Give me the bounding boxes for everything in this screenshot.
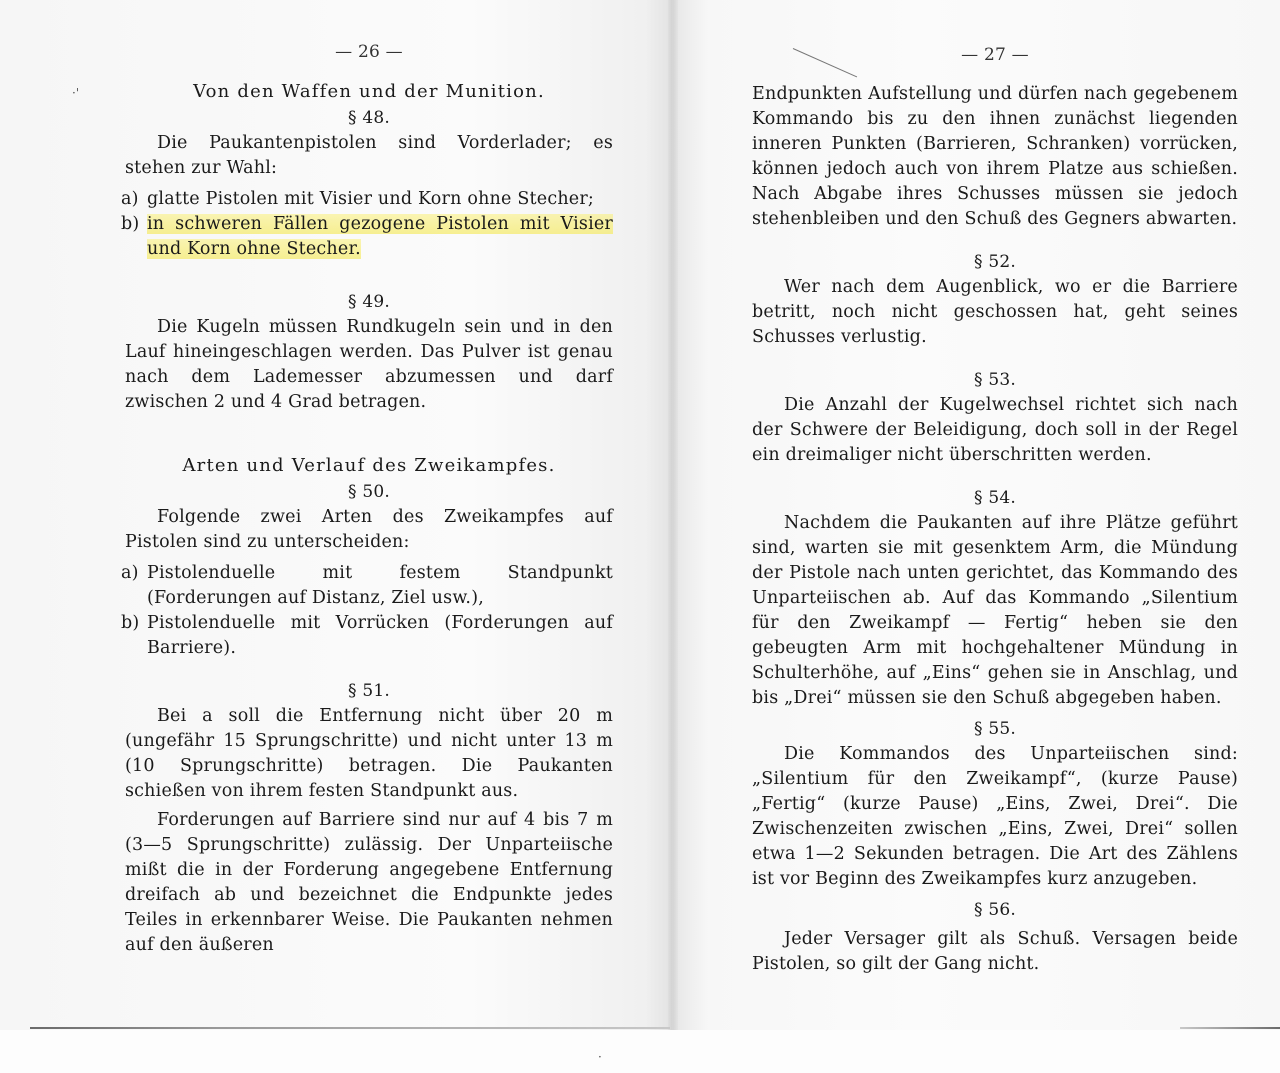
highlighted-text: in schweren Fällen gezogene Pistolen mit…	[147, 214, 613, 259]
paragraph-53-text: Die Anzahl der Kugelwechsel richtet sich…	[752, 393, 1238, 468]
page-bottom-edge-left	[30, 1027, 670, 1029]
paragraph-48-list: a) glatte Pistolen mit Visier und Korn o…	[125, 187, 613, 262]
paragraph-55-text: Die Kommandos des Unparteiischen sind: „…	[752, 742, 1238, 892]
list-marker: a)	[121, 187, 139, 212]
list-item-text: glatte Pistolen mit Visier und Korn ohne…	[147, 189, 594, 209]
paragraph-number-55: § 55.	[752, 717, 1238, 742]
paragraph-52-text: Wer nach dem Augenblick, wo er die Barri…	[752, 275, 1238, 350]
paragraph-number-54: § 54.	[752, 486, 1238, 511]
paragraph-50-list: a) Pistolenduelle mit festem Standpunkt …	[125, 561, 613, 661]
list-marker: a)	[121, 561, 139, 586]
left-page-text: — 26 — Von den Waffen und der Munition. …	[125, 40, 613, 958]
right-page-text: — 27 — Endpunkten Aufstellung und dürfen…	[752, 43, 1238, 977]
paragraph-number-48: § 48.	[125, 106, 613, 131]
paragraph-number-56: § 56.	[752, 898, 1238, 923]
page-number-26: — 26 —	[125, 40, 613, 65]
page-bottom-edge-right	[1180, 1027, 1280, 1029]
paragraph-number-52: § 52.	[752, 250, 1238, 275]
paragraph-number-51: § 51.	[125, 679, 613, 704]
continuation-text: Endpunkten Aufstellung und dürfen nach g…	[752, 82, 1238, 232]
paragraph-number-50: § 50.	[125, 480, 613, 505]
paragraph-51-text-2: Forderungen auf Barriere sind nur auf 4 …	[125, 808, 613, 958]
list-item-48b: b) in schweren Fällen gezogene Pistolen …	[121, 212, 613, 262]
paragraph-54-text: Nachdem die Paukanten auf ihre Plätze ge…	[752, 511, 1238, 711]
section-heading-types: Arten und Verlauf des Zweikampfes.	[125, 453, 613, 478]
paragraph-51-text-1: Bei a soll die Entfernung nicht über 20 …	[125, 704, 613, 804]
paragraph-56-text: Jeder Versager gilt als Schuß. Versagen …	[752, 927, 1238, 977]
page-number-27: — 27 —	[752, 43, 1238, 68]
list-marker: b)	[121, 611, 139, 636]
book-gutter	[668, 0, 678, 1030]
paragraph-number-53: § 53.	[752, 368, 1238, 393]
right-page: — 27 — Endpunkten Aufstellung und dürfen…	[672, 0, 1280, 1030]
scan-speck: ·'	[72, 86, 79, 100]
paragraph-49-text: Die Kugeln müssen Rundkugeln sein und in…	[125, 315, 613, 415]
list-item-50a: a) Pistolenduelle mit festem Standpunkt …	[121, 561, 613, 611]
list-item-50b: b) Pistolenduelle mit Vorrücken (Forderu…	[121, 611, 613, 661]
scan-speck: ·	[598, 1050, 602, 1064]
list-item-48a: a) glatte Pistolen mit Visier und Korn o…	[121, 187, 613, 212]
list-item-text: Pistolenduelle mit Vorrücken (Forderunge…	[147, 613, 613, 658]
paragraph-48-intro: Die Paukantenpistolen sind Vorderlader; …	[125, 131, 613, 181]
paragraph-number-49: § 49.	[125, 290, 613, 315]
list-marker: b)	[121, 212, 139, 237]
paragraph-50-intro: Folgende zwei Arten des Zweikampfes auf …	[125, 505, 613, 555]
section-heading-weapons: Von den Waffen und der Munition.	[125, 79, 613, 104]
left-page: — 26 — Von den Waffen und der Munition. …	[0, 0, 672, 1030]
list-item-text: Pistolenduelle mit festem Standpunkt (Fo…	[147, 563, 613, 608]
book-spread: — 26 — Von den Waffen und der Munition. …	[0, 0, 1280, 1030]
